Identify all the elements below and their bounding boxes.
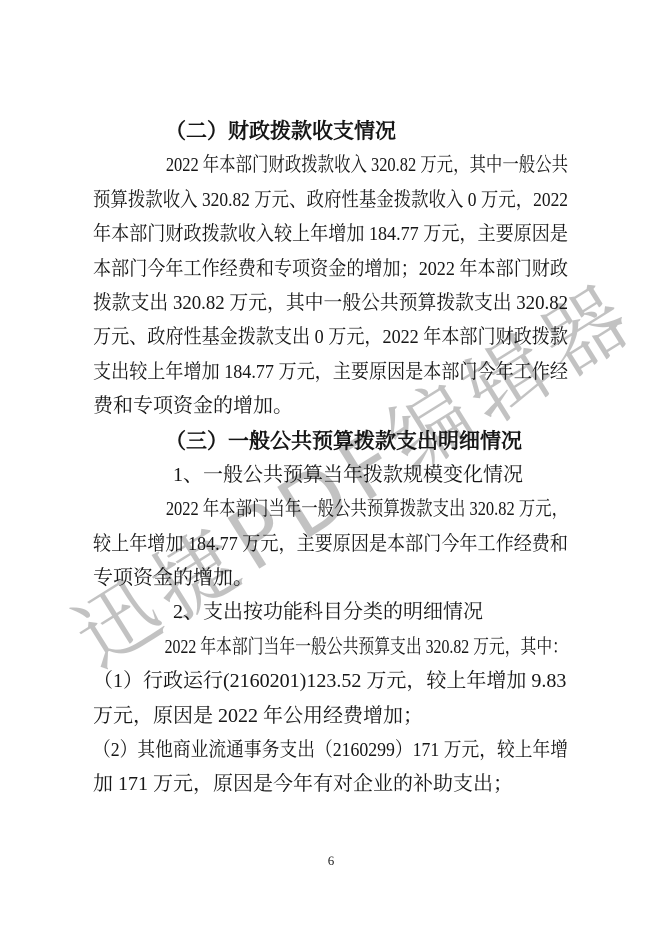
text-line-content: （2）其他商业流通事务支出（2160299）171 万元，较上年增 xyxy=(93,733,568,767)
text-line-content: 2022 年本部门当年一般公共预算拨款支出 320.82 万元， xyxy=(133,492,568,526)
text-line-content: 2、支出按功能科目分类的明细情况 xyxy=(133,595,483,629)
text-line: 本部门今年工作经费和专项资金的增加；2022 年本部门财政 xyxy=(93,252,568,286)
text-line: 较上年增加 184.77 万元，主要原因是本部门今年工作经费和 xyxy=(93,527,568,561)
page-number: 6 xyxy=(0,853,662,869)
text-line-content: 支出较上年增加 184.77 万元，主要原因是本部门今年工作经 xyxy=(93,355,568,389)
text-line-content: 费和专项资金的增加。 xyxy=(93,389,293,423)
text-line-content: 2022 年本部门财政拨款收入 320.82 万元，其中一般公共 xyxy=(133,148,568,182)
text-line: 年本部门财政拨款收入较上年增加 184.77 万元，主要原因是 xyxy=(93,217,568,251)
text-line-content: 万元，原因是 2022 年公用经费增加； xyxy=(93,699,423,733)
text-line: 2022 年本部门当年一般公共预算支出 320.82 万元，其中： xyxy=(93,630,568,664)
text-line: （1）行政运行(2160201)123.52 万元，较上年增加 9.83 xyxy=(93,664,568,698)
text-line-content: 年本部门财政拨款收入较上年增加 184.77 万元，主要原因是 xyxy=(93,217,568,251)
text-line: 1、一般公共预算当年拨款规模变化情况 xyxy=(93,458,568,492)
text-line: 支出较上年增加 184.77 万元，主要原因是本部门今年工作经 xyxy=(93,355,568,389)
text-line: 预算拨款收入 320.82 万元、政府性基金拨款收入 0 万元，2022 xyxy=(93,183,568,217)
pdf-page: 迅捷PDF编辑器 （二）财政拨款收支情况2022 年本部门财政拨款收入 320.… xyxy=(0,0,662,936)
section-heading: （三）一般公共预算拨款支出明细情况 xyxy=(93,424,568,458)
text-line-content: 拨款支出 320.82 万元，其中一般公共预算拨款支出 320.82 xyxy=(93,286,568,320)
text-line-content: （1）行政运行(2160201)123.52 万元，较上年增加 9.83 xyxy=(93,664,566,698)
text-line: 拨款支出 320.82 万元，其中一般公共预算拨款支出 320.82 xyxy=(93,286,568,320)
text-line-content: 较上年增加 184.77 万元，主要原因是本部门今年工作经费和 xyxy=(93,527,568,561)
text-line-content: （三）一般公共预算拨款支出明细情况 xyxy=(129,424,522,458)
text-line-content: 本部门今年工作经费和专项资金的增加；2022 年本部门财政 xyxy=(93,252,568,286)
text-line: 加 171 万元，原因是今年有对企业的补助支出； xyxy=(93,767,568,801)
document-body: （二）财政拨款收支情况2022 年本部门财政拨款收入 320.82 万元，其中一… xyxy=(93,114,568,802)
text-line: 2022 年本部门当年一般公共预算拨款支出 320.82 万元， xyxy=(93,492,568,526)
text-line: 万元，原因是 2022 年公用经费增加； xyxy=(93,699,568,733)
text-line: 2、支出按功能科目分类的明细情况 xyxy=(93,595,568,629)
text-line-content: 万元、政府性基金拨款支出 0 万元，2022 年本部门财政拨款 xyxy=(93,320,568,354)
text-line-content: 预算拨款收入 320.82 万元、政府性基金拨款收入 0 万元，2022 xyxy=(93,183,568,217)
text-line-content: 2022 年本部门当年一般公共预算支出 320.82 万元，其中： xyxy=(133,630,568,664)
text-line-content: （二）财政拨款收支情况 xyxy=(129,114,396,148)
section-heading: （二）财政拨款收支情况 xyxy=(93,114,568,148)
text-line-content: 1、一般公共预算当年拨款规模变化情况 xyxy=(133,458,523,492)
text-line: （2）其他商业流通事务支出（2160299）171 万元，较上年增 xyxy=(93,733,568,767)
text-line: 2022 年本部门财政拨款收入 320.82 万元，其中一般公共 xyxy=(93,148,568,182)
text-line-content: 专项资金的增加。 xyxy=(93,561,253,595)
text-line: 费和专项资金的增加。 xyxy=(93,389,568,423)
text-line-content: 加 171 万元，原因是今年有对企业的补助支出； xyxy=(93,767,513,801)
text-line: 万元、政府性基金拨款支出 0 万元，2022 年本部门财政拨款 xyxy=(93,320,568,354)
text-line: 专项资金的增加。 xyxy=(93,561,568,595)
